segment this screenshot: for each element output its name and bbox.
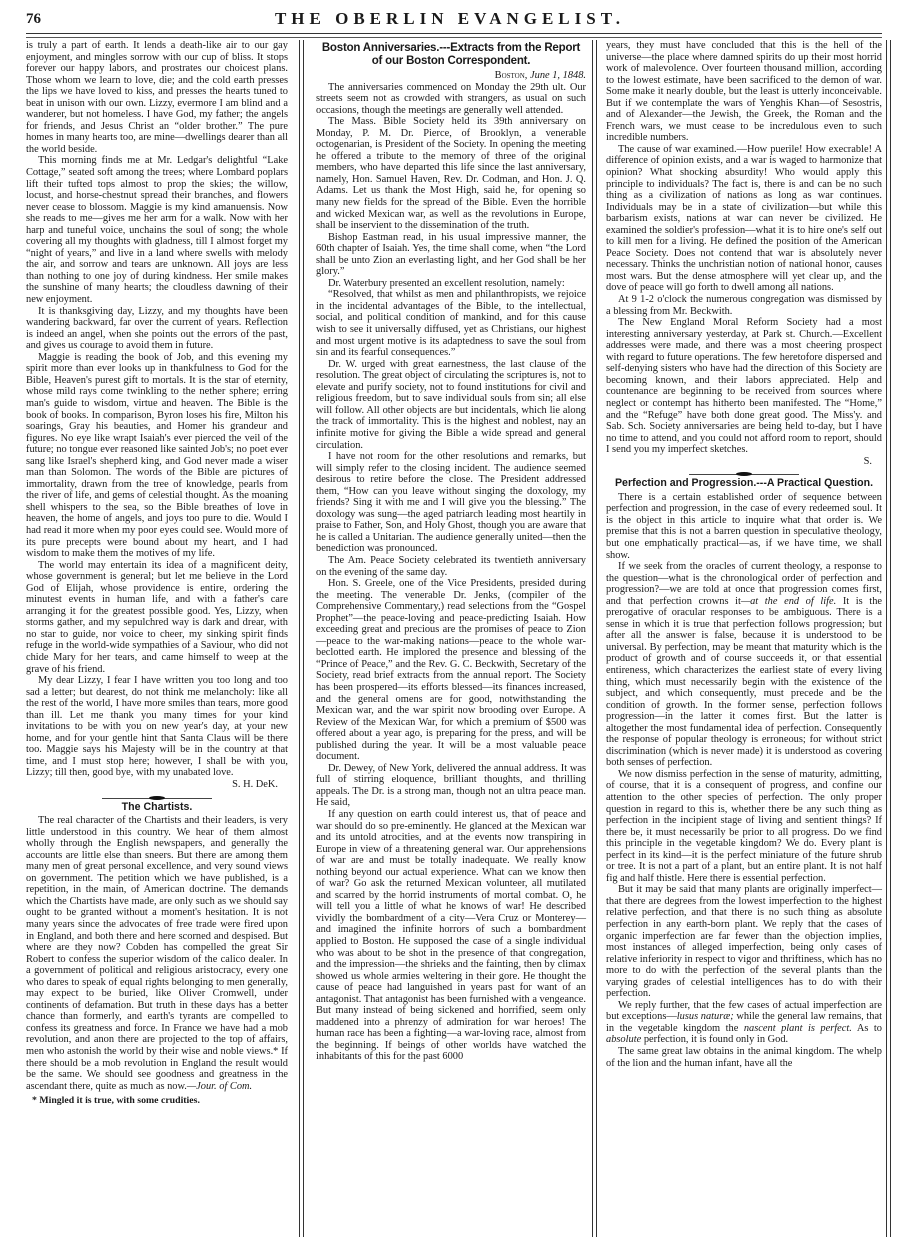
signature: S. bbox=[606, 456, 882, 468]
column-1: is truly a part of earth. It lends a dea… bbox=[26, 40, 288, 1107]
paragraph: We reply further, that the few cases of … bbox=[606, 1000, 882, 1046]
paragraph: The Mass. Bible Society held its 39th an… bbox=[316, 116, 586, 231]
paragraph: Dr. W. urged with great earnestness, the… bbox=[316, 359, 586, 451]
paragraph: is truly a part of earth. It lends a dea… bbox=[26, 40, 288, 155]
paragraph: The cause of war examined.—How puerile! … bbox=[606, 144, 882, 294]
dateline-date: June 1, 1848. bbox=[530, 70, 586, 81]
paragraph: The New England Moral Reform Society had… bbox=[606, 317, 882, 456]
article-heading-chartists: The Chartists. bbox=[26, 802, 288, 814]
paragraph: If we seek from the oracles of current t… bbox=[606, 561, 882, 769]
publication-title: THE OBERLIN EVANGELIST. bbox=[0, 9, 900, 29]
paragraph: It is thanksgiving day, Lizzy, and my th… bbox=[26, 306, 288, 352]
paragraph: Dr. Dewey, of New York, delivered the an… bbox=[316, 763, 586, 809]
section-separator bbox=[689, 474, 799, 475]
paragraph: Hon. S. Greele, one of the Vice Presiden… bbox=[316, 578, 586, 763]
paragraph: “Resolved, that whilst as men and philan… bbox=[316, 289, 586, 358]
article-body: The real character of the Chartists and … bbox=[26, 815, 288, 1092]
masthead: 76 THE OBERLIN EVANGELIST. bbox=[0, 0, 900, 34]
source-citation: —Jour. of Com. bbox=[187, 1081, 252, 1092]
paragraph-text: The real character of the Chartists and … bbox=[26, 815, 288, 1092]
text: perfection, it is found only in God. bbox=[641, 1034, 788, 1045]
italic-text: absolute bbox=[606, 1034, 641, 1045]
italic-text: lusus naturæ; bbox=[677, 1011, 734, 1022]
paragraph: I have not room for the other resolution… bbox=[316, 451, 586, 555]
paragraph: Maggie is reading the book of Job, and t… bbox=[26, 352, 288, 560]
paragraph: The world may entertain its idea of a ma… bbox=[26, 560, 288, 675]
paragraph: This morning finds me at Mr. Ledgar's de… bbox=[26, 155, 288, 305]
signature: S. H. DeK. bbox=[26, 779, 288, 791]
section-separator bbox=[102, 798, 212, 799]
column-3: years, they must have concluded that thi… bbox=[606, 40, 882, 1069]
text: As to bbox=[852, 1023, 882, 1034]
paragraph: years, they must have concluded that thi… bbox=[606, 40, 882, 144]
paragraph: The Am. Peace Society celebrated its twe… bbox=[316, 555, 586, 578]
paragraph: Dr. Waterbury presented an excellent res… bbox=[316, 278, 586, 290]
dateline: Boston, June 1, 1848. bbox=[316, 70, 586, 82]
footnote: * Mingled it is true, with some cruditie… bbox=[26, 1095, 288, 1107]
column-divider bbox=[299, 40, 304, 1237]
paragraph: My dear Lizzy, I fear I have written you… bbox=[26, 675, 288, 779]
column-border-right bbox=[886, 40, 891, 1237]
column-divider bbox=[592, 40, 597, 1237]
header-rule bbox=[26, 33, 882, 38]
paragraph: There is a certain established order of … bbox=[606, 492, 882, 561]
article-heading-boston: Boston Anniversaries.---Extracts from th… bbox=[316, 42, 586, 68]
paragraph: We now dismiss perfection in the sense o… bbox=[606, 769, 882, 884]
column-2: Boston Anniversaries.---Extracts from th… bbox=[316, 40, 586, 1063]
paragraph: But it may be said that many plants are … bbox=[606, 884, 882, 999]
paragraph: If any question on earth could interest … bbox=[316, 809, 586, 1063]
article-heading-perfection: Perfection and Progression.---A Practica… bbox=[606, 478, 882, 490]
dateline-place: Boston, bbox=[495, 70, 528, 81]
italic-text: nascent plant is perfect. bbox=[744, 1023, 852, 1034]
paragraph: At 9 1-2 o'clock the numerous congregati… bbox=[606, 294, 882, 317]
italic-text: —at the end of life. bbox=[741, 596, 836, 607]
paragraph: The anniversaries commenced on Monday th… bbox=[316, 82, 586, 117]
text: It is the prerogative of oracular respon… bbox=[606, 596, 882, 769]
paragraph: Bishop Eastman read, in his usual impres… bbox=[316, 232, 586, 278]
paragraph: The same great law obtains in the animal… bbox=[606, 1046, 882, 1069]
